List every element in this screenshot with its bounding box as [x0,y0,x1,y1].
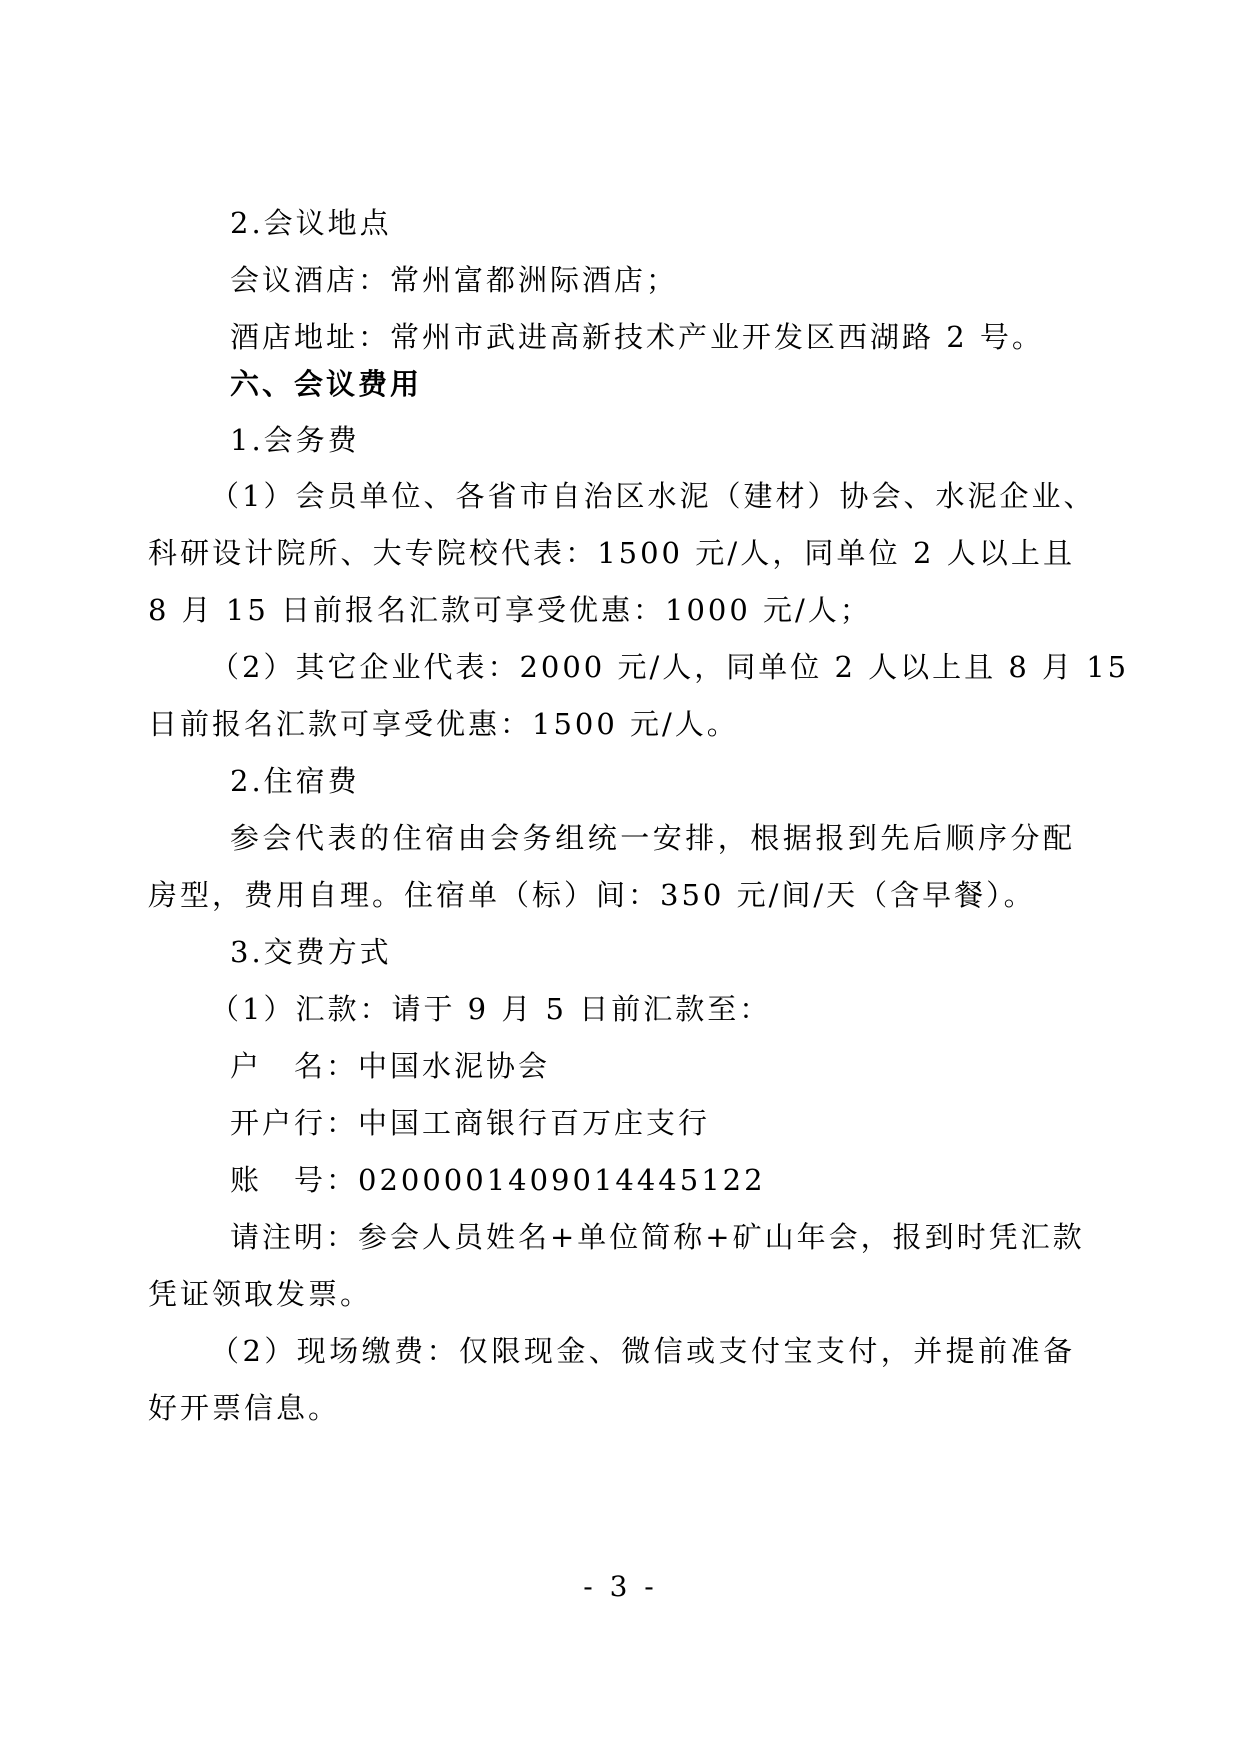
subheading-conference-fee: 1.会务费 [230,420,360,460]
subheading-venue: 2.会议地点 [230,203,392,243]
address-line: 酒店地址：常州市武进高新技术产业开发区西湖路 2 号。 [230,317,1044,357]
paragraph-line: 日前报名汇款可享受优惠：1500 元/人。 [148,704,739,744]
paragraph-line: 好开票信息。 [148,1388,340,1428]
subheading-accommodation: 2.住宿费 [230,761,360,801]
subheading-payment: 3.交费方式 [230,932,392,972]
paragraph-line: （1）汇款：请于 9 月 5 日前汇款至： [210,989,771,1029]
paragraph-line: （2）其它企业代表：2000 元/人，同单位 2 人以上且 8 月 15 [210,647,1075,687]
hotel-line: 会议酒店：常州富都洲际酒店； [230,260,678,300]
document-page: 2.会议地点 会议酒店：常州富都洲际酒店； 酒店地址：常州市武进高新技术产业开发… [0,0,1241,1754]
page-number: - 3 - [0,1570,1241,1603]
paragraph-line: 8 月 15 日前报名汇款可享受优惠：1000 元/人； [148,590,872,630]
paragraph-line: 科研设计院所、大专院校代表：1500 元/人，同单位 2 人以上且 [148,533,1075,573]
paragraph-line: （1）会员单位、各省市自治区水泥（建材）协会、水泥企业、 [210,476,1075,516]
bank-line: 开户行：中国工商银行百万庄支行 [230,1103,710,1143]
paragraph-line: 房型，费用自理。住宿单（标）间：350 元/间/天（含早餐）。 [148,875,1036,915]
account-name-line: 户 名：中国水泥协会 [230,1046,550,1086]
section-heading-fees: 六、会议费用 [230,364,422,404]
paragraph-line: 凭证领取发票。 [148,1274,372,1314]
paragraph-line: 请注明：参会人员姓名+单位简称+矿山年会，报到时凭汇款 [230,1217,1075,1257]
paragraph-line: （2）现场缴费：仅限现金、微信或支付宝支付，并提前准备 [210,1331,1075,1371]
paragraph-line: 参会代表的住宿由会务组统一安排，根据报到先后顺序分配 [230,818,1075,858]
account-number-line: 账 号：0200001409014445122 [230,1160,766,1200]
